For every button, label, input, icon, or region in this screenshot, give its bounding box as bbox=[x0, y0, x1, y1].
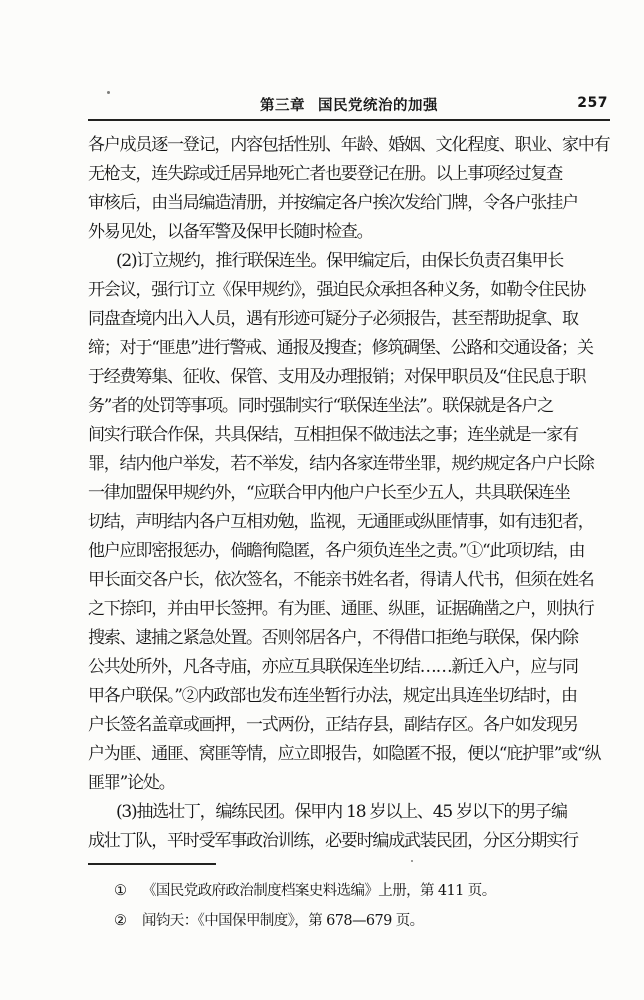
footnotes: ① 《国民党政府政治制度档案史料选编》上册，第 411 页。 ② 闻钧天：《中国… bbox=[88, 876, 618, 936]
text-line: 同盘查境内出入人员，遇有形迹可疑分子必须报告，甚至帮助捉拿、取 bbox=[88, 305, 622, 334]
chapter-label: 第三章 bbox=[260, 98, 305, 114]
text-line: 无枪支，连失踪或迁居异地死亡者也要登记在册。以上事项经过复查 bbox=[88, 160, 622, 189]
body-text: 各户成员逐一登记，内容包括性别、年龄、婚姻、文化程度、职业、家中有 无枪支，连失… bbox=[88, 131, 622, 856]
text-line: 罪，结内他户举发，若不举发，结内各家连带坐罪，规约规定各户户长除 bbox=[88, 450, 622, 479]
running-header: 第三章国民党统治的加强 257 bbox=[88, 94, 610, 120]
text-line: 间实行联合作保，共具保结，互相担保不做违法之事；连坐就是一家有 bbox=[88, 421, 622, 450]
scan-speck bbox=[411, 860, 413, 862]
text-line: 之下捺印，并由甲长签押。有为匪、通匪、纵匪，证据确凿之户，则执行 bbox=[88, 595, 622, 624]
text-line: 成壮丁队，平时受军事政治训练，必要时编成武装民团，分区分期实行 bbox=[88, 827, 622, 856]
text-line: 一律加盟保甲规约外，“应联合甲内他户户长至少五人，共具联保连坐 bbox=[88, 479, 622, 508]
footnote-rule bbox=[88, 863, 216, 865]
text-line: 甲长面交各户长，依次签名，不能亲书姓名者，得请人代书，但须在姓名 bbox=[88, 566, 622, 595]
footnote-text: 闻钧天：《中国保甲制度》，第 678—679 页。 bbox=[142, 906, 618, 936]
text-line: 外易见处，以备军警及保甲长随时检查。 bbox=[88, 218, 622, 247]
text-line: 户长签名盖章或画押，一式两份，正结存县，副结存区。各户如发现另 bbox=[88, 711, 622, 740]
footnote-marker: ② bbox=[114, 906, 142, 936]
footnote-text: 《国民党政府政治制度档案史料选编》上册，第 411 页。 bbox=[142, 876, 618, 906]
header-title: 国民党统治的加强 bbox=[318, 98, 438, 114]
footnote-marker: ① bbox=[114, 876, 142, 906]
text-line: 务”者的处罚等事项。同时强制实行“联保连坐法”。联保就是各户之 bbox=[88, 392, 622, 421]
scan-speck bbox=[107, 91, 110, 94]
text-line: 匪罪”论处。 bbox=[88, 769, 622, 798]
text-line: 他户应即密报惩办，倘瞻徇隐匿，各户须负连坐之责。”①“此项切结，由 bbox=[88, 537, 622, 566]
text-line: 审核后，由当局编造清册，并按编定各户挨次发给门牌，令各户张挂户 bbox=[88, 189, 622, 218]
text-line: (3)抽选壮丁，编练民团。保甲内 18 岁以上、45 岁以下的男子编 bbox=[88, 798, 622, 827]
text-line: 各户成员逐一登记，内容包括性别、年龄、婚姻、文化程度、职业、家中有 bbox=[88, 131, 622, 160]
text-line: 开会议，强行订立《保甲规约》，强迫民众承担各种义务，如勒令住民协 bbox=[88, 276, 622, 305]
text-line: (2)订立规约，推行联保连坐。保甲编定后，由保长负责召集甲长 bbox=[88, 247, 622, 276]
text-line: 户为匪、通匪、窝匪等情，应立即报告，如隐匿不报，便以“庇护罪”或“纵 bbox=[88, 740, 622, 769]
text-line: 切结，声明结内各户互相劝勉，监视，无通匪或纵匪情事，如有违犯者， bbox=[88, 508, 622, 537]
text-line: 公共处所外，凡各寺庙，亦应互具联保连坐切结……新迁入户，应与同 bbox=[88, 653, 622, 682]
page-number: 257 bbox=[577, 95, 608, 111]
text-line: 搜索、逮捕之紧急处置。否则邻居各户，不得借口拒绝与联保，保内除 bbox=[88, 624, 622, 653]
book-page: 第三章国民党统治的加强 257 各户成员逐一登记，内容包括性别、年龄、婚姻、文化… bbox=[0, 0, 644, 1000]
footnote-item: ① 《国民党政府政治制度档案史料选编》上册，第 411 页。 bbox=[88, 876, 618, 906]
text-line: 缔；对于“匪患”进行警戒、通报及搜查；修筑碉堡、公路和交通设备；关 bbox=[88, 334, 622, 363]
footnote-item: ② 闻钧天：《中国保甲制度》，第 678—679 页。 bbox=[88, 906, 618, 936]
text-line: 于经费筹集、征收、保管、支用及办理报销；对保甲职员及“住民息于职 bbox=[88, 363, 622, 392]
text-line: 甲各户联保。”②内政部也发布连坐暂行办法，规定出具连坐切结时，由 bbox=[88, 682, 622, 711]
header-rule bbox=[88, 119, 610, 121]
